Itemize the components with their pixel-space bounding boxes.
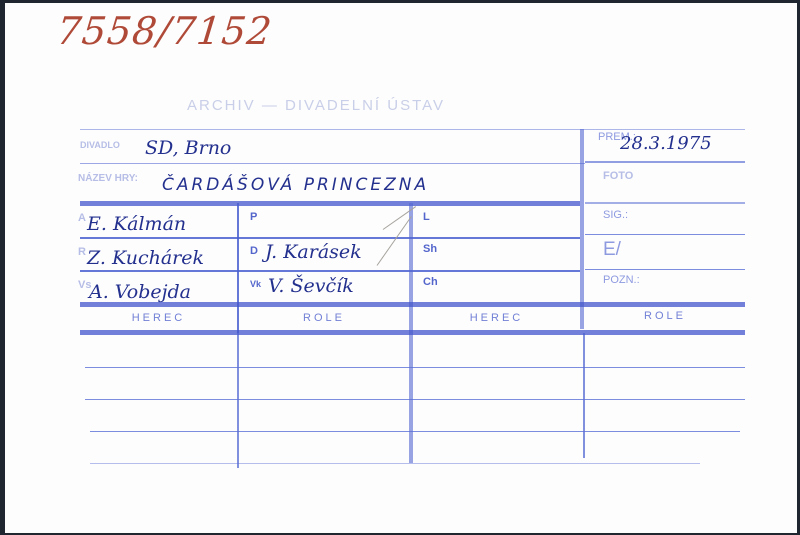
credit-p-label: P xyxy=(250,211,257,223)
divider xyxy=(585,202,745,204)
divider xyxy=(580,129,584,329)
credit-sh-label: Sh xyxy=(423,243,437,255)
table-row xyxy=(90,431,740,432)
credit-vs-value: A. Vobejda xyxy=(89,281,191,303)
divider xyxy=(80,270,580,272)
pozn-label: POZN.: xyxy=(603,274,640,286)
cast-header-herec-2: HEREC xyxy=(413,312,580,324)
pencil-mark xyxy=(377,216,412,266)
credit-r-label: R xyxy=(78,246,86,258)
divider xyxy=(237,333,239,468)
divider xyxy=(80,237,580,239)
table-row xyxy=(90,463,700,464)
institution-stamp: ARCHIV — DIVADELNÍ ÚSTAV xyxy=(187,97,445,114)
credit-ch-label: Ch xyxy=(423,276,438,288)
divider xyxy=(585,161,745,163)
foto-label: FOTO xyxy=(603,170,633,182)
nazev-hry-value: ČARDÁŠOVÁ PRINCEZNA xyxy=(162,175,429,195)
divadlo-label: DIVADLO xyxy=(80,140,120,150)
divider xyxy=(585,269,745,270)
credit-l-label: L xyxy=(423,211,430,223)
table-row xyxy=(85,399,745,400)
credit-d-label: D xyxy=(250,245,258,257)
divider xyxy=(80,302,745,307)
archive-card: 7558/7152 ARCHIV — DIVADELNÍ ÚSTAV DIVAD… xyxy=(5,3,797,533)
divider xyxy=(80,330,745,335)
divider xyxy=(80,129,745,130)
premiera-value: 28.3.1975 xyxy=(620,133,712,154)
inventory-number: 7558/7152 xyxy=(55,9,275,53)
sig-label: SIG.: xyxy=(603,209,628,221)
e-label: E/ xyxy=(603,239,621,261)
cast-header-herec-1: HEREC xyxy=(80,312,237,324)
divadlo-value: SD, Brno xyxy=(145,137,231,159)
credit-r-value: Z. Kuchárek xyxy=(87,247,204,269)
divider xyxy=(583,333,585,458)
cast-header-role-2: ROLE xyxy=(585,310,745,322)
credit-vk-label: Vk xyxy=(250,279,261,289)
table-row xyxy=(85,367,745,368)
divider xyxy=(80,201,580,206)
nazev-hry-label: NÁZEV HRY: xyxy=(78,173,138,184)
credit-a-label: A xyxy=(78,212,86,224)
divider xyxy=(585,234,745,235)
credit-a-value: E. Kálmán xyxy=(87,213,186,235)
credit-vk-value: V. Ševčík xyxy=(268,275,354,297)
cast-header-role-1: ROLE xyxy=(239,312,409,324)
credit-d-value: J. Karásek xyxy=(265,241,362,263)
divider xyxy=(80,163,585,164)
